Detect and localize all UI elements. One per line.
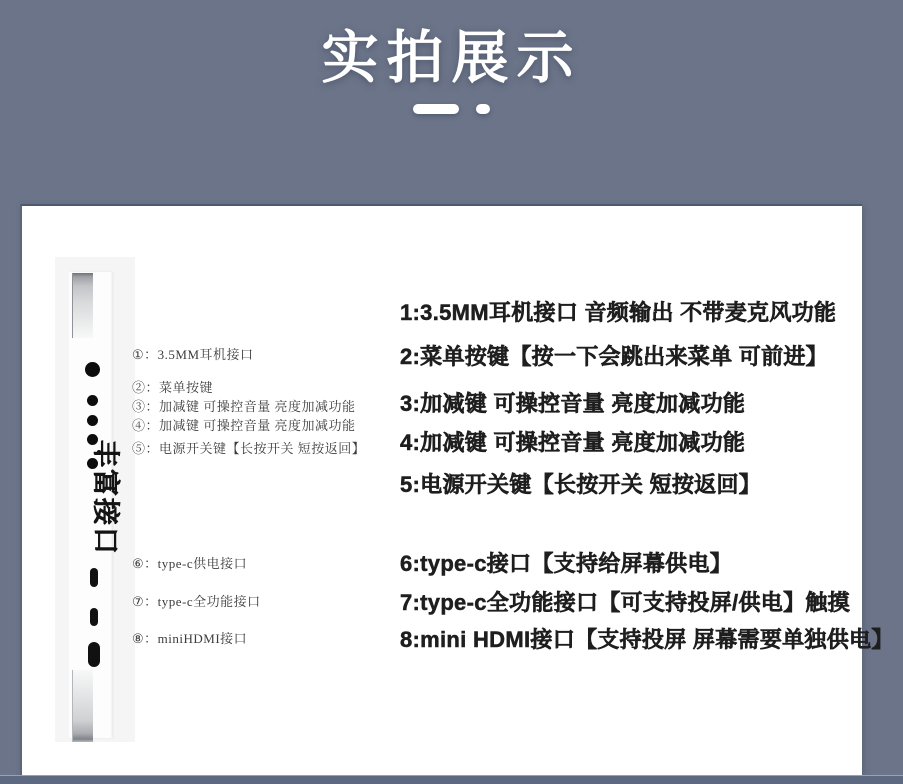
- info-card: 丰富接口 ①：3.5MM耳机接口 ②：菜单按键 ③：加减键 可操控音量 亮度加减…: [20, 204, 862, 776]
- description-line-8: 8:mini HDMI接口【支持投屏 屏幕需要单独供电】: [400, 623, 894, 654]
- description-line-4: 4:加减键 可操控音量 亮度加减功能: [400, 426, 745, 457]
- volume-up-button-dot: [87, 415, 98, 426]
- port-label-1: ①：3.5MM耳机接口: [132, 344, 254, 363]
- bottom-accent-strip: [0, 775, 903, 784]
- port-label-4: ④：加减键 可操控音量 亮度加减功能: [132, 415, 356, 434]
- description-line-5: 5:电源开关键【长按开关 短按返回】: [400, 468, 761, 499]
- metal-edge-top: [72, 273, 93, 338]
- section-title: 实拍展示: [0, 12, 903, 94]
- port-label-7: ⑦：type-c全功能接口: [132, 591, 261, 610]
- vertical-label: 丰富接口: [89, 440, 128, 556]
- port-label-3: ③：加减键 可操控音量 亮度加减功能: [132, 396, 356, 415]
- description-line-2: 2:菜单按键【按一下会跳出来菜单 可前进】: [400, 340, 828, 371]
- type-c-power-port: [90, 568, 98, 587]
- menu-button-dot: [87, 395, 98, 406]
- type-c-full-function-port: [90, 608, 98, 626]
- description-line-7: 7:type-c全功能接口【可支持投屏/供电】触摸: [400, 586, 850, 617]
- divider-dash-icon: [413, 104, 459, 114]
- port-label-6: ⑥：type-c供电接口: [132, 553, 247, 572]
- device-photo: 丰富接口: [55, 257, 135, 742]
- port-label-8: ⑧：miniHDMI接口: [132, 628, 247, 647]
- headphone-jack-dot: [85, 362, 100, 377]
- divider-dot-icon: [476, 104, 490, 114]
- description-line-6: 6:type-c接口【支持给屏幕供电】: [400, 547, 732, 578]
- description-line-3: 3:加减键 可操控音量 亮度加减功能: [400, 387, 745, 418]
- port-label-5: ⑤：电源开关键【长按开关 短按返回】: [132, 438, 365, 457]
- mini-hdmi-port: [88, 642, 100, 667]
- description-line-1: 1:3.5MM耳机接口 音频输出 不带麦克风功能: [400, 296, 836, 327]
- title-divider: [0, 103, 903, 115]
- metal-edge-bottom: [72, 670, 93, 742]
- port-label-2: ②：菜单按键: [132, 377, 213, 396]
- promo-section: 实拍展示 丰富接口 ①：3.5MM耳机接口 ②：菜单按键 ③：加减键: [0, 0, 903, 784]
